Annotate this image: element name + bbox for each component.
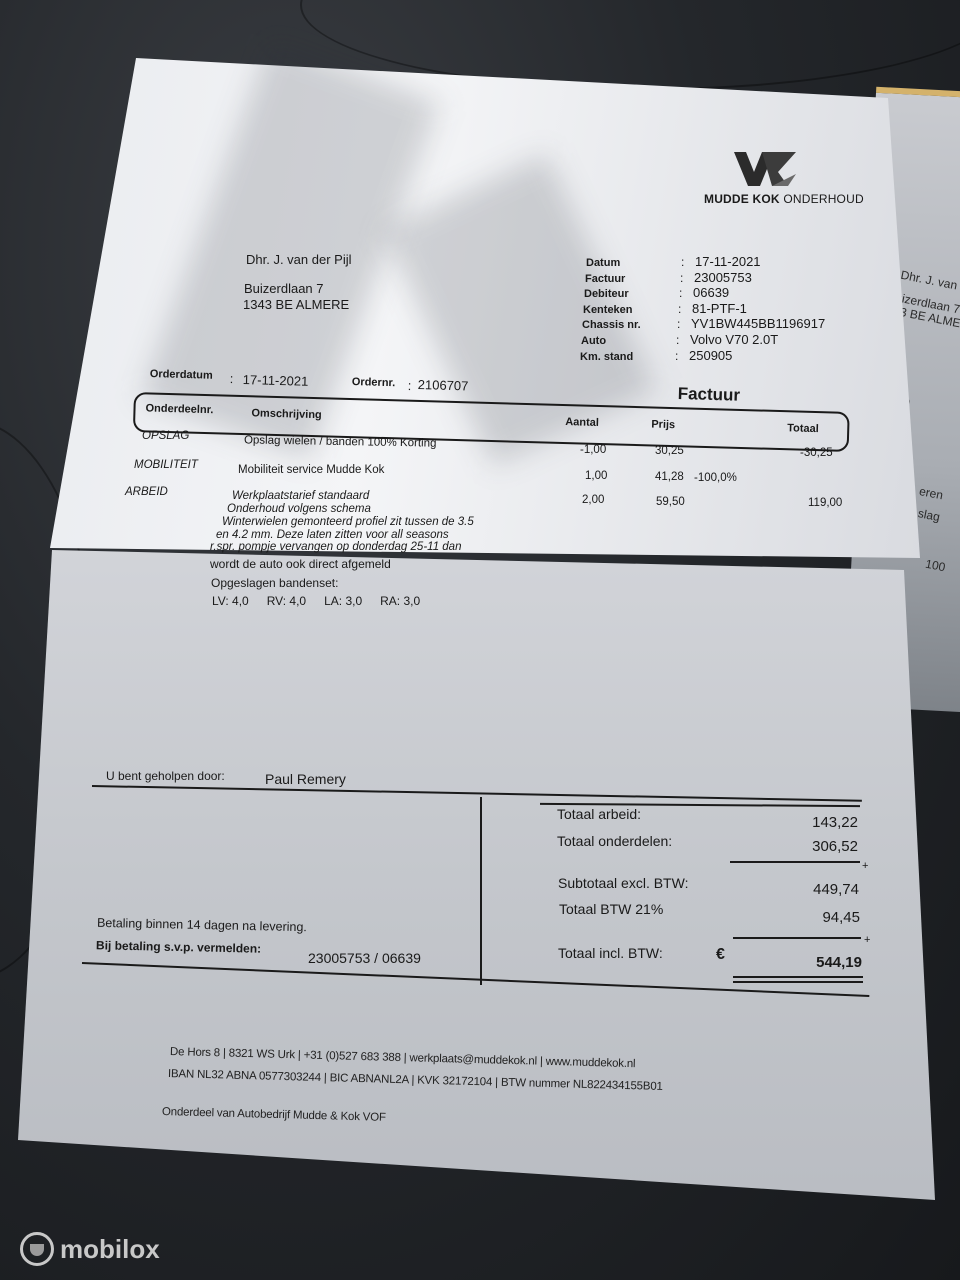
meta-colon: : [677,317,691,331]
footer-bank: IBAN NL32 ABNA 0577303244 | BIC ABNANL2A… [168,1068,663,1093]
tire-position: RV: [267,594,286,608]
payment-ref: 23005753 / 06639 [308,950,421,966]
helped-by-label: U bent geholpen door: [106,769,225,783]
row-discount: -100,0% [694,472,737,484]
watermark-text: mobilox [60,1234,160,1265]
vat-amount: 94,45 [770,909,860,926]
company-name-light: ONDERHOUD [783,192,863,206]
order-nr: 2106707 [418,377,469,393]
subtotal-label: Subtotaal excl. BTW: [558,875,688,891]
meta-label: Kenteken [583,304,678,316]
order-nr-colon: : [408,378,412,393]
row-qty: -1,00 [580,444,606,456]
total-parts-label: Totaal onderdelen: [557,833,672,849]
grand-total-label: Totaal incl. BTW: [558,945,663,961]
mobilox-watermark: mobilox [20,1232,160,1266]
mobilox-logo-icon [20,1232,54,1266]
helped-by-name: Paul Remery [265,771,346,787]
total-labour-label: Totaal arbeid: [557,806,641,822]
meta-colon: : [676,333,690,347]
order-nr-label: Ordernr. [352,376,396,389]
col-qty-header: Aantal [565,416,599,429]
meta-label: Auto [581,335,676,347]
payment-ref-label: Bij betaling s.v.p. vermelden: [96,938,261,955]
plus-sign: + [864,934,870,946]
row-desc: Werkplaatstarief standaard [232,490,369,502]
col-part-header: Onderdeelnr. [145,402,213,416]
row-total: 119,00 [808,497,842,509]
tire-depths: LV: 4,0RV: 4,0LA: 3,0RA: 3,0 [212,594,420,608]
customer-street: Buizerdlaan 7 [244,281,324,296]
row-part: ARBEID [125,486,168,498]
payment-terms: Betaling binnen 14 dagen na levering. [97,916,307,934]
desc-extra-line: Winterwielen gemonteerd profiel zit tuss… [222,516,474,528]
row-price: 30,25 [655,445,684,457]
company-name: MUDDE KOK ONDERHOUD [704,192,864,206]
row-desc: Opslag wielen / banden 100% Korting [244,434,437,449]
tire-value: 4,0 [289,594,306,608]
note-line: Opgeslagen bandenset: [211,576,338,590]
total-labour: 143,22 [768,814,858,831]
tire-depth: RA: 3,0 [380,594,420,608]
col-total-header: Totaal [787,422,819,435]
tire-value: 3,0 [404,594,421,608]
row-qty: 2,00 [582,494,604,506]
tire-depth: LV: 4,0 [212,594,249,608]
table-header: Onderdeelnr. Omschrijving Aantal Prijs T… [133,392,850,452]
tire-value: 3,0 [345,594,362,608]
meta-colon: : [678,302,692,316]
tire-position: LV: [212,594,229,608]
plus-sign: + [862,860,868,872]
currency-symbol: € [716,946,725,964]
meta-colon: : [680,271,694,285]
divider [92,785,862,802]
row-price: 41,28 [655,471,684,483]
tire-position: RA: [380,594,400,608]
invoice-content: MUDDE KOK ONDERHOUD Dhr. J. van der Pijl… [0,0,960,1280]
meta-row: Km. stand:250905 [580,347,732,365]
row-total: -30,25 [800,447,833,459]
meta-value: 250905 [689,348,732,363]
row-part: MOBILITEIT [134,459,198,471]
sum-line [730,861,860,863]
meta-label: Datum [586,257,681,269]
note-line: wordt de auto ook direct afgemeld [210,557,391,571]
company-name-bold: MUDDE KOK [704,192,780,206]
order-date: 17-11-2021 [243,372,309,389]
double-line [733,981,863,983]
meta-value: YV1BW445BB1196917 [691,316,825,331]
meta-value: 06639 [693,285,729,300]
order-date-colon: : [230,371,234,386]
tire-value: 4,0 [232,594,249,608]
row-part: OPSLAG [142,430,189,442]
total-parts: 306,52 [768,838,858,855]
meta-label: Debiteur [584,288,679,300]
footer-address: De Hors 8 | 8321 WS Urk | +31 (0)527 683… [170,1046,636,1070]
col-price-header: Prijs [651,418,675,431]
subtotal: 449,74 [769,881,859,898]
meta-label: Chassis nr. [582,319,677,331]
col-desc-header: Omschrijving [251,407,322,421]
tire-position: LA: [324,594,342,608]
row-qty: 1,00 [585,470,607,482]
order-date-label: Orderdatum [150,368,213,382]
desc-extra-line: en 4.2 mm. Deze laten zitten voor all se… [216,529,449,541]
tire-depth: RV: 4,0 [267,594,306,608]
tire-depth: LA: 3,0 [324,594,362,608]
meta-value: 23005753 [694,270,752,285]
grand-total: 544,19 [772,954,862,971]
customer-city: 1343 BE ALMERE [243,297,349,312]
divider [480,797,482,985]
meta-label: Factuur [585,273,680,285]
row-price: 59,50 [656,496,685,508]
document-title: Factuur [677,384,740,406]
meta-value: 17-11-2021 [695,254,761,269]
meta-label: Km. stand [580,351,675,363]
double-line [733,976,863,978]
meta-value: 81-PTF-1 [692,301,747,316]
meta-value: Volvo V70 2.0T [690,332,778,347]
divider [82,962,869,997]
vat-label: Totaal BTW 21% [559,901,663,917]
row-desc: Mobiliteit service Mudde Kok [238,464,384,476]
sum-line [733,937,861,939]
desc-extra-line: r.spr. pompje vervangen op donderdag 25-… [210,541,461,553]
meta-colon: : [681,255,695,269]
desc-extra-line: Onderhoud volgens schema [227,503,371,515]
meta-colon: : [679,286,693,300]
mk-logo-icon [732,152,796,186]
customer-name: Dhr. J. van der Pijl [246,252,352,267]
footer-parent-company: Onderdeel van Autobedrijf Mudde & Kok VO… [162,1106,386,1124]
meta-colon: : [675,349,689,363]
